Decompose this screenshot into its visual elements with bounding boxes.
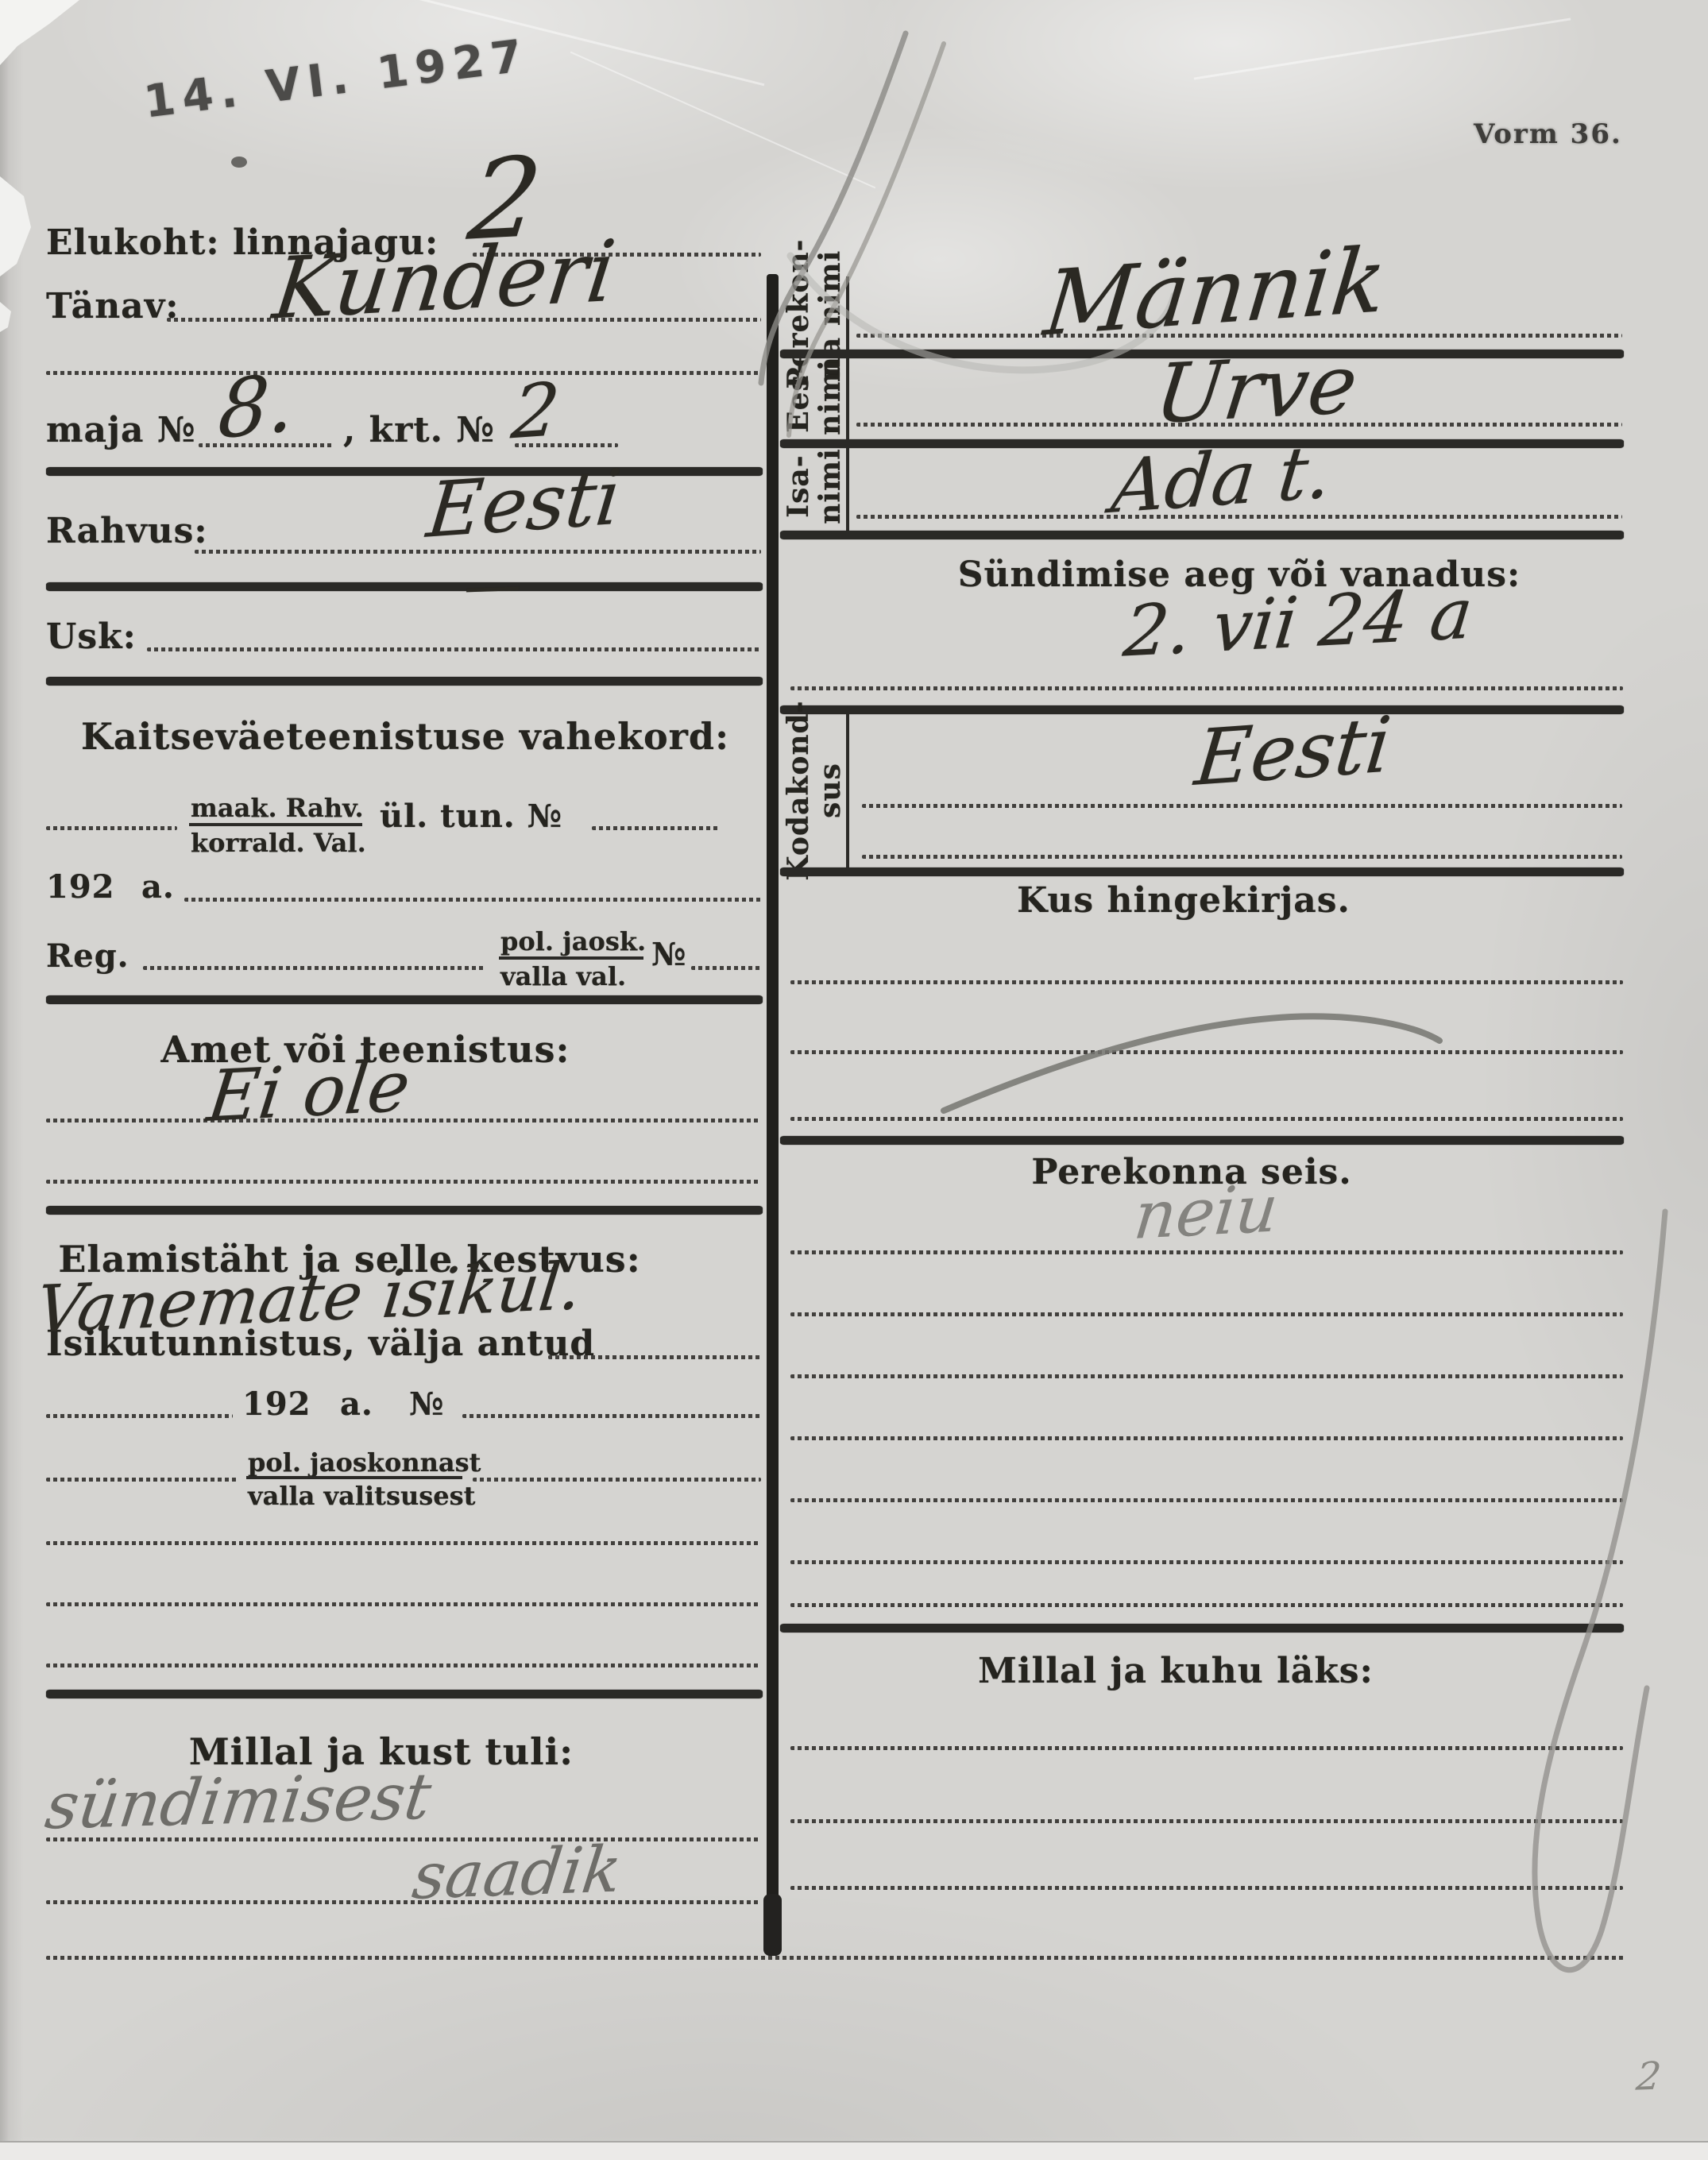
marital-status-value-handwriting: neiu (1131, 1177, 1281, 1250)
departure-heading: Millal ja kuhu läks: (802, 1652, 1549, 1691)
dotted-line (790, 1603, 1623, 1607)
rule-line (780, 1624, 1624, 1633)
issuer-bottom-label: valla valitsusest (248, 1482, 475, 1510)
rule-line (46, 1206, 763, 1215)
fraction-rule (246, 1476, 462, 1479)
dotted-line (790, 1374, 1623, 1378)
dotted-line (862, 855, 1622, 859)
military-year-suffix: a. (141, 870, 175, 905)
dotted-line (46, 1541, 761, 1545)
form-code: Vorm 36. (1474, 121, 1622, 148)
father-name-value-handwriting: Ada t. (1108, 435, 1335, 524)
dotted-line (691, 966, 761, 970)
fraction-rule (189, 823, 362, 826)
rule-line (46, 467, 763, 476)
reg-label: Reg. (46, 939, 129, 974)
dotted-line (790, 1498, 1623, 1502)
military-fraction-bottom: korrald. Val. (191, 829, 366, 857)
id-no-sign: № (409, 1387, 444, 1422)
dotted-line (790, 980, 1623, 984)
dotted-line (46, 371, 761, 375)
street-value-handwriting: Kunderi (269, 229, 620, 331)
parish-register-heading: Kus hingekirjas. (810, 882, 1557, 920)
first-name-label: Ees- nimi (779, 346, 850, 449)
military-cert-label: ül. tun. № (380, 799, 562, 834)
dotted-line (46, 1663, 761, 1667)
dotted-line (790, 1050, 1623, 1054)
paper-crease (570, 52, 876, 189)
apartment-label: , krt. № (343, 412, 495, 450)
dotted-line (790, 686, 1623, 690)
religion-label: Usk: (46, 618, 137, 656)
rule-line (46, 582, 763, 591)
arrival-value-line1-handwriting: sündimisest (42, 1765, 435, 1839)
rule-line (46, 677, 763, 686)
dotted-line (184, 898, 761, 902)
military-service-heading: Kaitseväeteenistuse vahekord: (71, 717, 739, 757)
birth-value-handwriting: 2. vii 24 a (1121, 578, 1476, 667)
religion-value-handwriting: — (462, 555, 525, 615)
id-year-suffix: a. (340, 1387, 373, 1422)
dotted-line (790, 1436, 1623, 1440)
dotted-line (790, 1746, 1623, 1750)
rule-line (780, 1136, 1624, 1145)
dotted-line (790, 1250, 1623, 1254)
dotted-line (46, 1180, 761, 1184)
dotted-line (790, 1312, 1623, 1316)
column-divider (767, 274, 779, 1956)
house-label: maja № (46, 412, 196, 450)
surname-value-handwriting: Männik (1041, 235, 1390, 349)
father-name-label: Isa- nimi (779, 435, 850, 538)
dotted-line (46, 1956, 1624, 1960)
nationality-value-handwriting: Eesti (423, 460, 624, 550)
scan-edge (0, 2141, 1708, 2160)
fraction-rule (499, 956, 643, 960)
dotted-line (462, 1414, 761, 1418)
military-fraction-top: maak. Rahv. (191, 794, 364, 822)
dotted-line (46, 1900, 761, 1904)
rule-line (780, 867, 1624, 876)
dotted-line (790, 1819, 1623, 1823)
apartment-value-handwriting: 2 (508, 373, 562, 450)
dotted-line (862, 804, 1622, 808)
arrival-value-line2-handwriting: saadik (409, 1837, 624, 1909)
reg-no-sign: № (651, 937, 686, 972)
rule-line (46, 1690, 763, 1698)
occupation-value-handwriting: Ei ole (204, 1051, 414, 1132)
dotted-line (592, 826, 719, 830)
dotted-line (790, 1560, 1623, 1564)
house-value-handwriting: 8. (216, 362, 297, 450)
military-year-prefix: 192 (46, 870, 115, 905)
dotted-line (548, 1355, 761, 1359)
citizenship-label: Kodakond- sus (779, 707, 850, 874)
issuer-top-label: pol. jaoskonnast (248, 1449, 481, 1477)
dotted-line (790, 1886, 1623, 1890)
corner-mark: 2 (1634, 2057, 1663, 2096)
dotted-line (46, 1414, 233, 1418)
id-year-prefix: 192 (242, 1387, 311, 1422)
reg-fraction-bottom: valla val. (500, 963, 626, 991)
first-name-value-handwriting: Urve (1151, 344, 1362, 436)
citizenship-value-handwriting: Eesti (1192, 706, 1394, 797)
paper-crease (1194, 17, 1571, 79)
dotted-line (46, 826, 177, 830)
dotted-line (473, 1478, 761, 1482)
rule-line (780, 531, 1624, 539)
date-stamp: 14. VI. 1927 (141, 34, 531, 126)
dotted-line (790, 1117, 1623, 1121)
dotted-line (147, 647, 761, 651)
reg-fraction-top: pol. jaosk. (500, 928, 646, 956)
rule-line (46, 995, 763, 1004)
nationality-label: Rahvus: (46, 512, 208, 551)
dotted-line (46, 1478, 237, 1482)
street-label: Tänav: (46, 288, 180, 326)
registration-card: 14. VI. 1927 Vorm 36. Elukoht: linnajagu… (0, 0, 1708, 2160)
dotted-line (143, 966, 486, 970)
dotted-line (46, 1602, 761, 1606)
